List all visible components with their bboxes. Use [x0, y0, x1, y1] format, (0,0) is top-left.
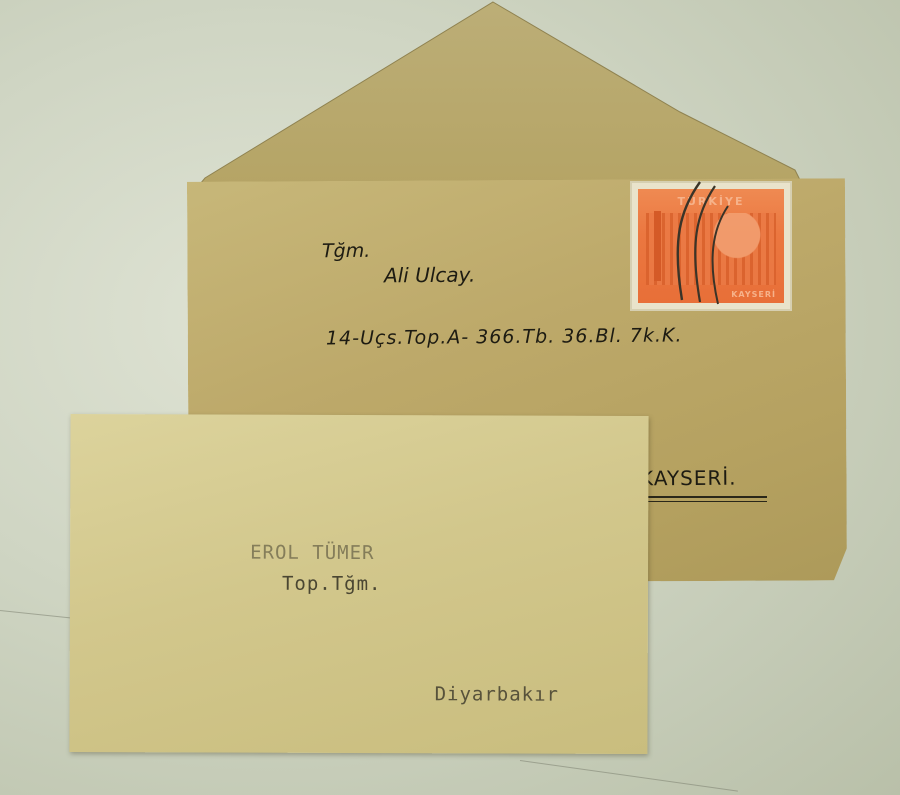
recipient-city: KAYSERİ. — [640, 466, 737, 491]
city-underline — [637, 501, 767, 502]
recipient-name: Ali Ulcay. — [384, 263, 475, 288]
card-place: Diyarbakır — [435, 683, 559, 705]
photo-scene: TÜRKİYE KAYSERİ Tğm. Ali Ulcay. 14-Uçs.T… — [0, 0, 900, 795]
card-title: Top.Tğm. — [282, 573, 382, 595]
envelope-flap — [0, 0, 900, 200]
background-crease — [0, 610, 80, 619]
postmark-cancellation — [660, 180, 730, 310]
recipient-rank: Tğm. — [322, 240, 370, 262]
calling-card: EROL TÜMER Top.Tğm. Diyarbakır — [69, 414, 648, 754]
recipient-address: 14-Uçs.Top.A- 366.Tb. 36.Bl. 7k.K. — [326, 324, 683, 349]
background-crease — [520, 760, 738, 792]
card-name: EROL TÜMER — [250, 542, 374, 564]
city-underline — [637, 496, 767, 498]
